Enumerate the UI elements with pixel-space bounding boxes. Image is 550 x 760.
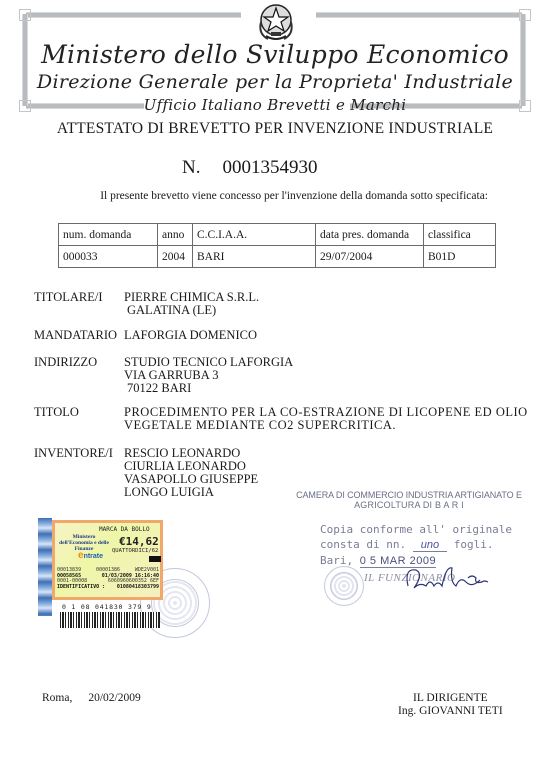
frame-corner-tr [519,9,531,21]
table-header-cell: anno [158,224,193,246]
table-row: 000033 2004 BARI 29/07/2004 B01D [59,246,496,268]
stamp-body: MARCA DA BOLLO Ministero dell'Economia e… [52,520,163,600]
directorate-name: Direzione Generale per la Proprieta' Ind… [0,71,550,93]
table-cell: 000033 [59,246,158,268]
italian-republic-emblem-icon [254,2,298,42]
seal-inner [330,572,358,600]
chamber-stamp-header: CAMERA DI COMMERCIO INDUSTRIA ARTIGIANAT… [296,490,522,510]
chamber-seal-icon [324,566,364,606]
stamp-codes: 0001383900001386WDE2V001 0005856501/03/2… [57,568,159,590]
signer-name: Ing. GIOVANNI TETI [398,705,503,718]
field-line: LONGO LUIGIA [124,486,258,499]
table-header-cell: data pres. domanda [316,224,424,246]
agency-logo: entrate [78,550,103,561]
table-header-row: num. domanda anno C.C.I.A.A. data pres. … [59,224,496,246]
table-header-cell: C.C.I.A.A. [193,224,316,246]
patent-number: N.0001354930 [182,157,317,179]
intro-text: Il presente brevetto viene concesso per … [100,190,488,202]
chamber-stamp-line1: CAMERA DI COMMERCIO INDUSTRIA ARTIGIANAT… [296,490,522,500]
issue-place: Roma, [42,692,72,704]
ministry-name: Ministero dello Sviluppo Economico [0,40,550,69]
table-cell: BARI [193,246,316,268]
consta-value: uno [413,539,447,552]
table-cell: 2004 [158,246,193,268]
application-table: num. domanda anno C.C.I.A.A. data pres. … [58,223,496,268]
frame-top-left-rule [26,12,241,18]
field-value: PIERRE CHIMICA S.R.L. GALATINA (LE) [124,291,259,317]
field-line: VEGETALE MEDIANTE CO2 SUPERCRITICA. [124,419,528,432]
consta-line: consta di nn. uno fogli. [320,537,512,553]
stamp-heading: MARCA DA BOLLO [99,526,150,533]
table-cell: 29/07/2004 [316,246,424,268]
table-header-cell: num. domanda [59,224,158,246]
signer-block: IL DIRIGENTE Ing. GIOVANNI TETI [398,692,503,718]
field-label: INVENTORE/I [34,447,113,460]
document-title: ATTESTATO DI BREVETTO PER INVENZIONE IND… [0,120,550,138]
frame-top-right-rule [316,12,522,18]
consta-suffix: fogli. [454,538,494,551]
stamp-code: 01080418303799 [117,585,159,591]
copy-line: Copia conforme all' originale [320,522,512,537]
issue-place-date: Roma,20/02/2009 [42,692,141,704]
field-value: RESCIO LEONARDO CIURLIA LEONARDO VASAPOL… [124,447,258,499]
stamp-code: IDENTIFICATIVO : [57,585,105,591]
signer-role: IL DIRIGENTE [398,692,503,705]
stamp-code-row: IDENTIFICATIVO :01080418303799 [57,585,159,591]
issue-date: 20/02/2009 [88,692,140,704]
patent-number-value: 0001354930 [222,157,317,178]
chamber-stamp-line2: AGRICOLTURA DI B A R I [296,500,522,510]
stamp-hologram-strip [38,518,52,616]
field-line: GALATINA (LE) [124,304,259,317]
stamp-city: Bari, [320,554,353,567]
revenue-stamp: MARCA DA BOLLO Ministero dell'Economia e… [38,518,164,630]
table-header-cell: classifica [424,224,496,246]
office-name: Ufficio Italiano Brevetti e Marchi [0,96,550,114]
field-label: MANDATARIO [34,329,117,342]
frame-corner-tl [19,9,31,21]
field-label: TITOLARE/I [34,291,103,304]
field-value: STUDIO TECNICO LAFORGIA VIA GARRUBA 3 70… [124,356,293,395]
field-label: INDIRIZZO [34,356,97,369]
table-cell: B01D [424,246,496,268]
stamp-amount: €14,62 [119,535,159,548]
field-line: 70122 BARI [124,382,293,395]
patent-number-prefix: N. [182,157,200,178]
consta-prefix: consta di nn. [320,538,406,551]
agency-logo-text: ntrate [84,553,103,560]
stamp-amount-words: QUATTORDICI/62 [112,548,158,554]
barcode-icon [60,612,160,628]
signature-icon [390,560,490,596]
field-line: LAFORGIA DOMENICO [124,329,257,342]
barcode-number: 0 1 08 041830 379 9 [62,603,152,611]
field-value: LAFORGIA DOMENICO [124,329,257,342]
stamp-black-mark [149,556,161,562]
field-label: TITOLO [34,406,79,419]
field-value: PROCEDIMENTO PER LA CO-ESTRAZIONE DI LIC… [124,406,528,432]
